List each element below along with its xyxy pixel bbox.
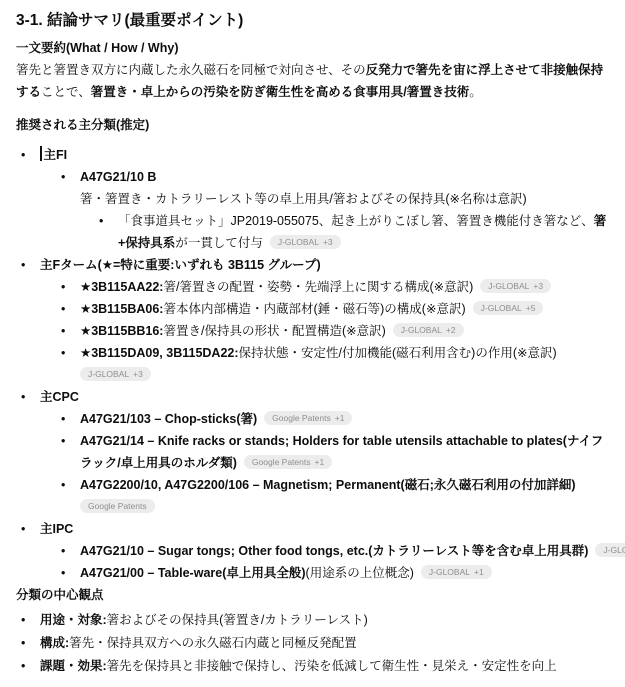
citation-badge[interactable]: J-GLOBAL+1 — [421, 565, 492, 579]
citation-source: Google Patents — [252, 456, 311, 468]
citation-badge[interactable]: J-GLOBAL+6 — [595, 543, 625, 557]
cpc-code: A47G21/14 – Knife racks or stands; Holde… — [80, 434, 603, 470]
cpc-code: A47G2200/10, A47G2200/106 – Magnetism; P… — [80, 478, 576, 492]
fi-code: A47G21/10 B — [80, 170, 156, 184]
fi-sublist: A47G21/10 B 箸・箸置き・カトラリーレスト等の卓上用具/箸およびその保… — [40, 166, 609, 254]
list-item-viewpoint-1: 構成:箸先・保持具双方への永久磁石内蔵と同極反発配置 — [16, 632, 609, 654]
ipc-code: A47G21/10 – Sugar tongs; Other food tong… — [80, 544, 588, 558]
viewpoints-heading: 分類の中心観点 — [16, 584, 609, 606]
viewpoint-label: 課題・効果: — [40, 659, 107, 673]
citation-source: J-GLOBAL — [278, 236, 319, 248]
list-item-cpc-2: A47G2200/10, A47G2200/106 – Magnetism; P… — [40, 474, 609, 518]
summary-seg-3: ことで、 — [41, 85, 91, 99]
cpc-label: 主CPC — [40, 390, 79, 404]
citation-count: +5 — [526, 302, 536, 314]
fi-note-seg-3: が一貫して付与 — [175, 236, 263, 250]
ipc-sublist: A47G21/10 – Sugar tongs; Other food tong… — [40, 540, 609, 584]
citation-count: +3 — [133, 368, 143, 380]
list-item-fterm-1: ★3B115BA06:箸本体内部構造・内蔵部材(錘・磁石等)の構成(※意訳)J-… — [40, 298, 609, 320]
citation-source: Google Patents — [88, 500, 147, 512]
fterm-code: ★3B115BA06: — [80, 302, 163, 316]
fterm-desc: 箸/箸置きの配置・姿勢・先端浮上に関する構成(※意訳) — [163, 280, 473, 294]
citation-count: +3 — [533, 280, 543, 292]
document: 3-1. 結論サマリ(最重要ポイント) 一文要約(What / How / Wh… — [0, 0, 625, 687]
citation-source: J-GLOBAL — [603, 544, 625, 556]
citation-badge[interactable]: Google Patents+1 — [264, 411, 352, 425]
page-title: 3-1. 結論サマリ(最重要ポイント) — [16, 8, 609, 34]
citation-badge[interactable]: J-GLOBAL+3 — [270, 235, 341, 249]
citation-count: +3 — [323, 236, 333, 248]
fterm-desc: 保持状態・安定性/付加機能(磁石利用含む)の作用(※意訳) — [239, 346, 557, 360]
fterm-desc: 箸本体内部構造・内蔵部材(錘・磁石等)の構成(※意訳) — [163, 302, 465, 316]
cpc-sublist: A47G21/103 – Chop-sticks(箸)Google Patent… — [40, 408, 609, 518]
ipc-label: 主IPC — [40, 522, 73, 536]
list-item-fi-code: A47G21/10 B 箸・箸置き・カトラリーレスト等の卓上用具/箸およびその保… — [40, 166, 609, 254]
list-item-fi-note: 「食事道具セット」JP2019-055075、起き上がりこぼし箸、箸置き機能付き… — [80, 210, 609, 254]
text-cursor — [40, 146, 42, 161]
citation-source: J-GLOBAL — [429, 566, 470, 578]
viewpoint-label: 用途・対象: — [40, 613, 107, 627]
fterm-code: ★3B115DA09, 3B115DA22: — [80, 346, 239, 360]
list-item-viewpoint-2: 課題・効果:箸先を保持具と非接触で保持し、汚染を低減して衛生性・見栄え・安定性を… — [16, 655, 609, 677]
list-item-viewpoint-0: 用途・対象:箸およびその保持具(箸置き/カトラリーレスト) — [16, 609, 609, 631]
fi-label: 主FI — [44, 148, 68, 162]
viewpoint-text: 箸先を保持具と非接触で保持し、汚染を低減して衛生性・見栄え・安定性を向上 — [107, 659, 557, 673]
citation-count: +1 — [335, 412, 345, 424]
fterm-code: ★3B115BB16: — [80, 324, 163, 338]
summary-seg-1: 箸先と箸置き双方に内蔵した永久磁石を同極で対向させ、その — [16, 63, 366, 77]
citation-source: J-GLOBAL — [88, 368, 129, 380]
list-item-cpc-0: A47G21/103 – Chop-sticks(箸)Google Patent… — [40, 408, 609, 430]
citation-count: +2 — [446, 324, 456, 336]
citation-badge[interactable]: J-GLOBAL+3 — [480, 279, 551, 293]
ipc-suffix: (用途系の上位概念) — [306, 566, 414, 580]
fi-note-list: 「食事道具セット」JP2019-055075、起き上がりこぼし箸、箸置き機能付き… — [80, 210, 609, 254]
viewpoint-label: 構成: — [40, 636, 69, 650]
fi-note-seg-1: 「食事道具セット」JP2019-055075、起き上がりこぼし箸、箸置き機能付き… — [118, 214, 594, 228]
classification-list: 主FI A47G21/10 B 箸・箸置き・カトラリーレスト等の卓上用具/箸およ… — [16, 144, 609, 584]
citation-source: J-GLOBAL — [488, 280, 529, 292]
citation-badge[interactable]: Google Patents — [80, 499, 155, 513]
citation-badge[interactable]: Google Patents+1 — [244, 455, 332, 469]
list-item-fterm-0: ★3B115AA22:箸/箸置きの配置・姿勢・先端浮上に関する構成(※意訳)J-… — [40, 276, 609, 298]
summary-seg-4-bold: 箸置き・卓上からの汚染を防ぎ衛生性を高める食事用具/箸置き技術 — [91, 85, 469, 99]
fterm-code: ★3B115AA22: — [80, 280, 163, 294]
classification-heading: 推奨される主分類(推定) — [16, 114, 609, 136]
list-item-ipc: 主IPC A47G21/10 – Sugar tongs; Other food… — [16, 518, 609, 584]
viewpoint-text: 箸およびその保持具(箸置き/カトラリーレスト) — [107, 613, 368, 627]
list-item-cpc-1: A47G21/14 – Knife racks or stands; Holde… — [40, 430, 609, 474]
list-item-cpc: 主CPC A47G21/103 – Chop-sticks(箸)Google P… — [16, 386, 609, 518]
citation-count: +1 — [474, 566, 484, 578]
citation-badge[interactable]: J-GLOBAL+5 — [473, 301, 544, 315]
viewpoint-text: 箸先・保持具双方への永久磁石内蔵と同極反発配置 — [69, 636, 357, 650]
list-item-fterm: 主Fターム(★=特に重要:いずれも 3B115 グループ) ★3B115AA22… — [16, 254, 609, 386]
one-line-summary-text: 箸先と箸置き双方に内蔵した永久磁石を同極で対向させ、その反発力で箸先を宙に浮上さ… — [16, 59, 609, 103]
summary-seg-5: 。 — [469, 85, 482, 99]
one-line-summary-heading: 一文要約(What / How / Why) — [16, 37, 609, 59]
cpc-code: A47G21/103 – Chop-sticks(箸) — [80, 412, 257, 426]
citation-source: J-GLOBAL — [481, 302, 522, 314]
ipc-code: A47G21/00 – Table-ware(卓上用具全般) — [80, 566, 306, 580]
list-item-fterm-2: ★3B115BB16:箸置き/保持具の形状・配置構造(※意訳)J-GLOBAL+… — [40, 320, 609, 342]
viewpoints-list: 用途・対象:箸およびその保持具(箸置き/カトラリーレスト) 構成:箸先・保持具双… — [16, 609, 609, 677]
list-item-fterm-3: ★3B115DA09, 3B115DA22:保持状態・安定性/付加機能(磁石利用… — [40, 342, 609, 386]
fterm-label: 主Fターム(★=特に重要:いずれも 3B115 グループ) — [40, 258, 321, 272]
fterm-desc: 箸置き/保持具の形状・配置構造(※意訳) — [163, 324, 385, 338]
citation-badge[interactable]: J-GLOBAL+2 — [393, 323, 464, 337]
list-item-ipc-1: A47G21/00 – Table-ware(卓上用具全般)(用途系の上位概念)… — [40, 562, 609, 584]
citation-badge[interactable]: J-GLOBAL+3 — [80, 367, 151, 381]
citation-source: Google Patents — [272, 412, 331, 424]
fi-description: 箸・箸置き・カトラリーレスト等の卓上用具/箸およびその保持具(※名称は意訳) — [80, 188, 609, 210]
list-item-ipc-0: A47G21/10 – Sugar tongs; Other food tong… — [40, 540, 609, 562]
citation-source: J-GLOBAL — [401, 324, 442, 336]
fterm-sublist: ★3B115AA22:箸/箸置きの配置・姿勢・先端浮上に関する構成(※意訳)J-… — [40, 276, 609, 386]
citation-count: +1 — [315, 456, 325, 468]
list-item-fi: 主FI A47G21/10 B 箸・箸置き・カトラリーレスト等の卓上用具/箸およ… — [16, 144, 609, 254]
